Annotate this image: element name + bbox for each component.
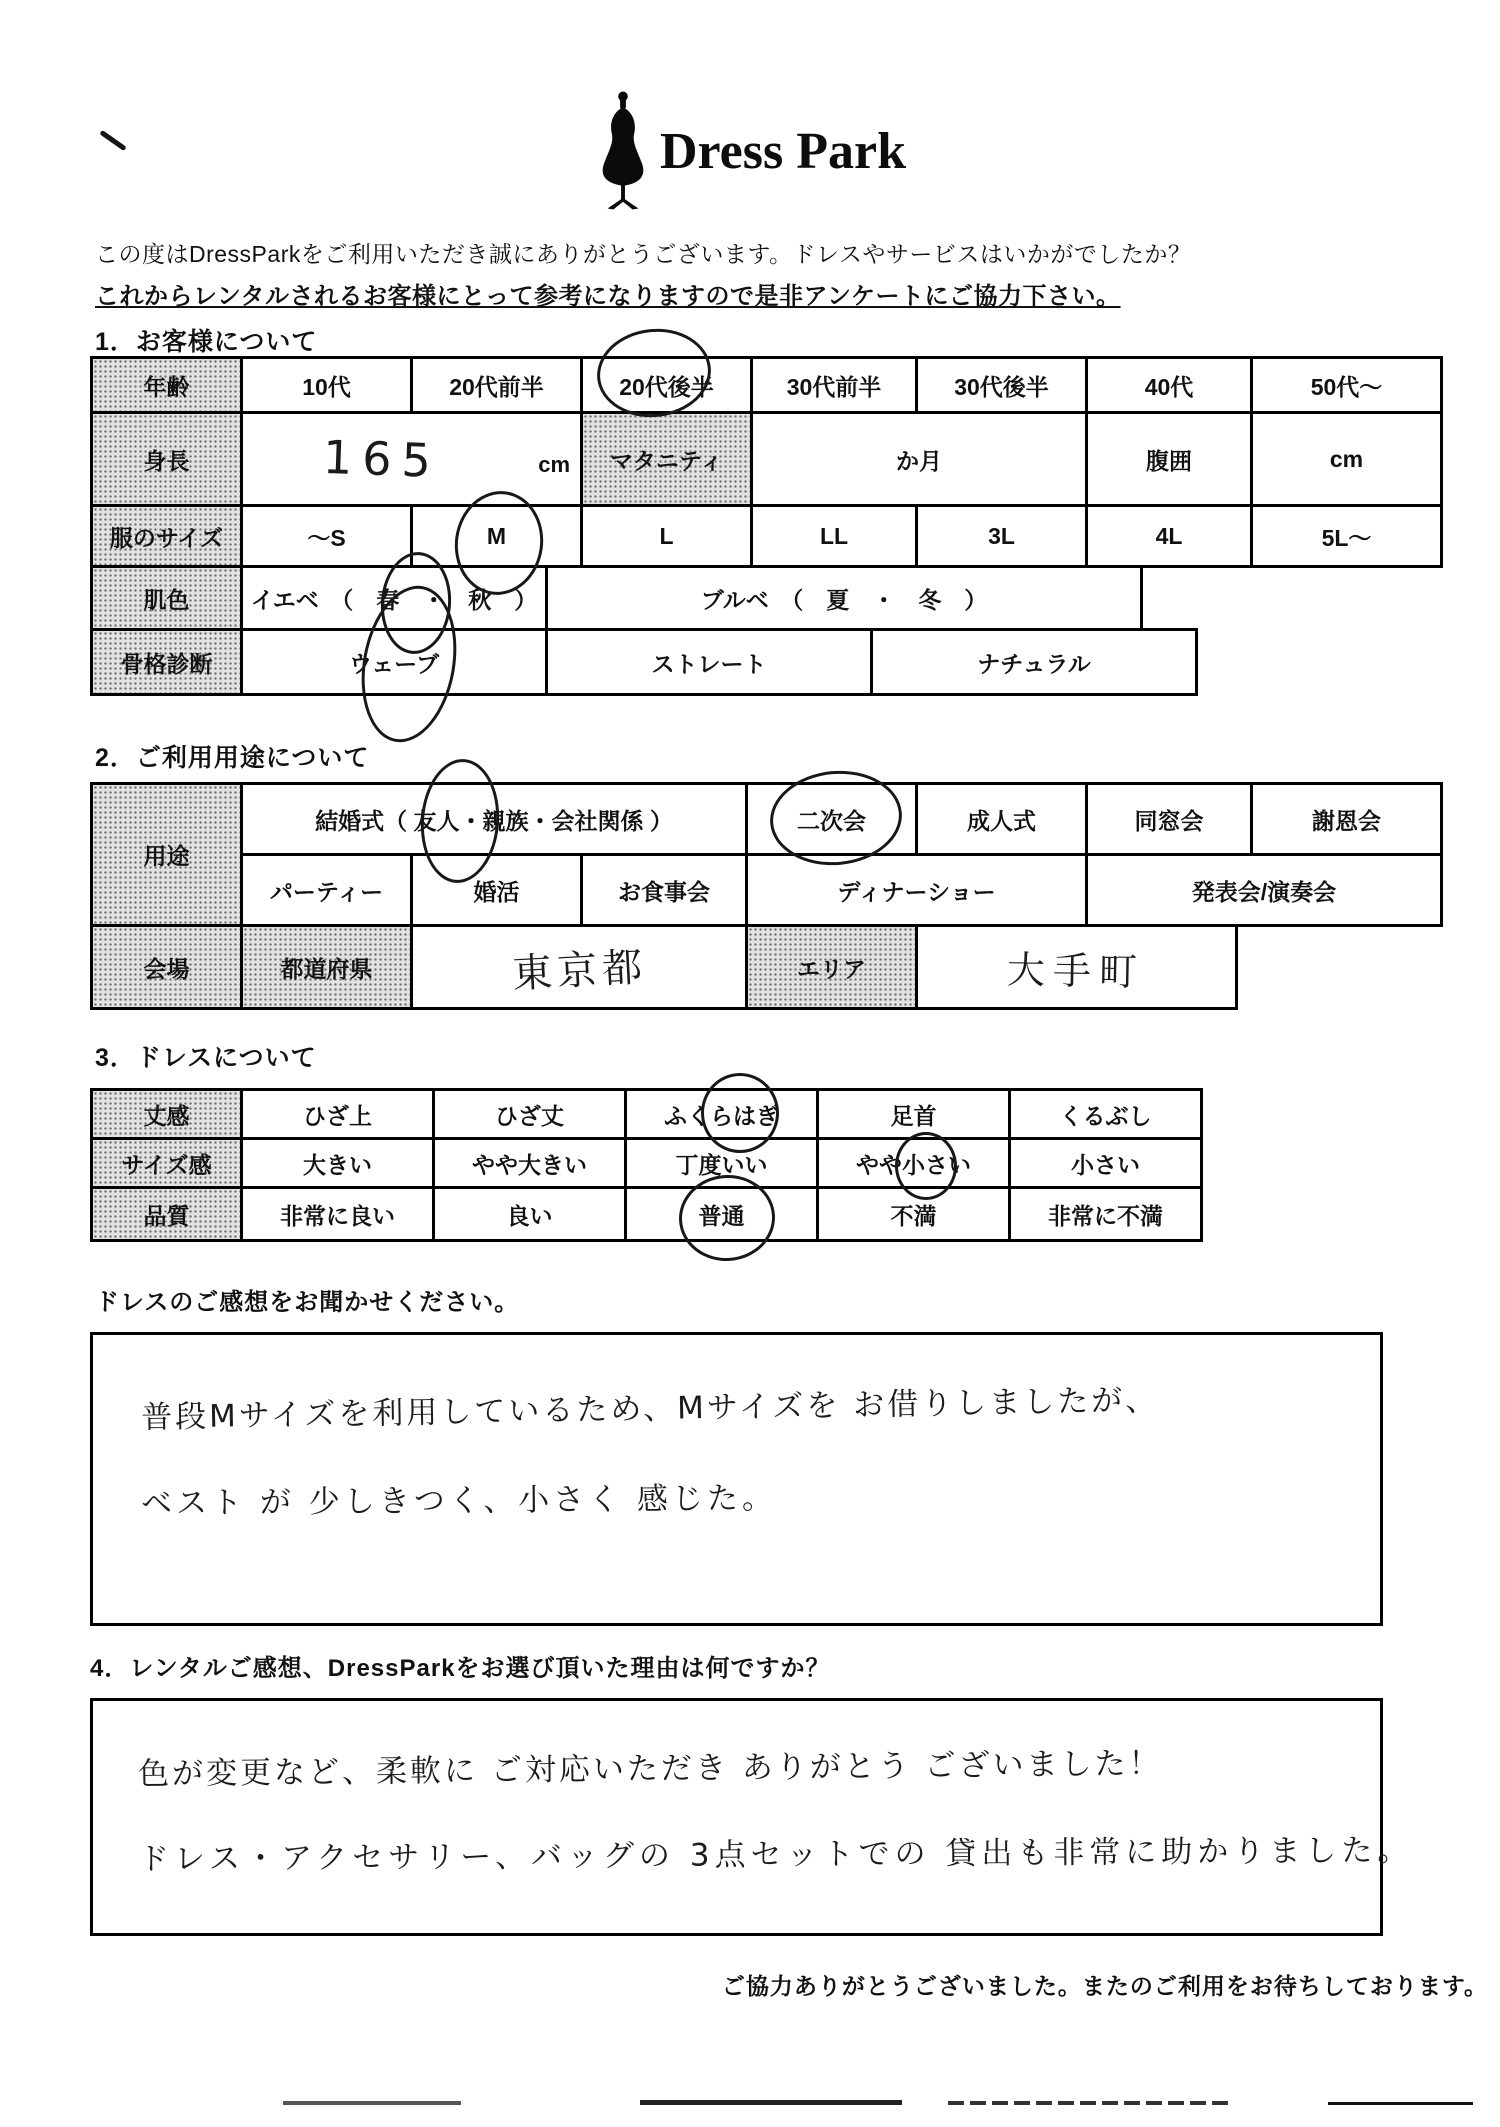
dress-table: 丈感 ひざ上 ひざ丈 ふくらはぎ 足首 くるぶし サイズ感 大きい やや大きい … xyxy=(90,1088,1203,1242)
skin-option-yellow: イエベ （ 春 ・ 秋 ） xyxy=(240,565,548,631)
age-option-label: 30代後半 xyxy=(954,369,1049,402)
height-value-cell: 165 cm xyxy=(240,411,583,507)
age-option-label: 40代 xyxy=(1145,369,1194,402)
purpose-option-label: パーティー xyxy=(270,874,383,907)
purpose-option-label: 結婚式（ 友人・親族・会社関係 ） xyxy=(315,803,673,836)
purpose-option-label: ディナーショー xyxy=(837,874,995,907)
feedback1-box: 普段Mサイズを利用しているため、Mサイズを お借りしましたが、 ベスト が 少し… xyxy=(90,1332,1383,1626)
skeleton-option-natural: ナチュラル xyxy=(870,628,1198,696)
feedback1-handwritten-line1: 普段Mサイズを利用しているため、Mサイズを お借りしましたが、 xyxy=(141,1374,1160,1437)
fit-option-label: やや小さい xyxy=(856,1147,971,1180)
fit-option-label: 小さい xyxy=(1071,1147,1140,1180)
fit-option-small: 小さい xyxy=(1008,1137,1203,1189)
purpose-option-label: 成人式 xyxy=(967,803,1036,836)
size-option-ll: LL xyxy=(750,504,918,568)
size-row: 服のサイズ ～S M L LL 3L 4L 5L～ xyxy=(90,504,1443,568)
skin-option-label: ブルベ （ 夏 ・ 冬 ） xyxy=(701,582,988,615)
waist-label-cell: 腹囲 xyxy=(1085,411,1253,507)
scan-artifact xyxy=(640,2100,902,2105)
scan-artifact xyxy=(283,2101,461,2105)
age-option-label: 50代～ xyxy=(1311,369,1383,402)
length-option-label: くるぶし xyxy=(1060,1098,1152,1131)
size-option-label: M xyxy=(487,523,506,550)
quality-option-label: 非常に良い xyxy=(280,1198,395,1231)
prefecture-handwritten-value: 東京都 xyxy=(510,935,648,999)
size-option-label: ～S xyxy=(307,520,345,553)
age-option-30s-late: 30代後半 xyxy=(915,356,1088,414)
venue-label: 会場 xyxy=(144,951,190,984)
purpose-option-wedding: 結婚式（ 友人・親族・会社関係 ） xyxy=(240,782,748,856)
purpose-upper: 用途 結婚式（ 友人・親族・会社関係 ） 二次会 成人式 同窓会 謝恩会 xyxy=(90,782,1443,927)
fit-option-slightly-big: やや大きい xyxy=(432,1137,627,1189)
purpose-table: 用途 結婚式（ 友人・親族・会社関係 ） 二次会 成人式 同窓会 謝恩会 xyxy=(90,782,1443,1010)
purpose-option-afterparty: 二次会 xyxy=(745,782,918,856)
purpose-option-reunion: 同窓会 xyxy=(1085,782,1253,856)
purpose-option-party: パーティー xyxy=(240,853,413,927)
section3-heading: 3．ドレスについて xyxy=(95,1038,317,1074)
skeleton-option-label: ウェーブ xyxy=(349,646,439,679)
purpose-row-2: パーティー 婚活 お食事会 ディナーショー 発表会/演奏会 xyxy=(240,853,1443,927)
purpose-option-coming-of-age: 成人式 xyxy=(915,782,1088,856)
age-option-50s: 50代～ xyxy=(1250,356,1443,414)
age-option-label: 20代後半 xyxy=(619,369,714,402)
quality-option-label: 良い xyxy=(507,1198,553,1231)
brand-name: Dress Park xyxy=(660,122,906,181)
skeleton-option-wave: ウェーブ xyxy=(240,628,548,696)
purpose-row-1: 結婚式（ 友人・親族・会社関係 ） 二次会 成人式 同窓会 謝恩会 xyxy=(240,782,1443,856)
prefecture-value-cell: 東京都 xyxy=(410,924,748,1010)
waist-unit: cm xyxy=(1330,446,1363,473)
age-option-30s-early: 30代前半 xyxy=(750,356,918,414)
skin-option-blue: ブルベ （ 夏 ・ 冬 ） xyxy=(545,565,1143,631)
purpose-option-dinner: お食事会 xyxy=(580,853,748,927)
skeleton-label-cell: 骨格診断 xyxy=(90,628,243,696)
scan-artifact xyxy=(1328,2102,1473,2105)
age-option-label: 20代前半 xyxy=(449,369,544,402)
purpose-option-label: 謝恩会 xyxy=(1312,803,1381,836)
purpose-option-label: 同窓会 xyxy=(1135,803,1204,836)
section2-heading: 2．ご利用用途について xyxy=(95,738,369,774)
length-row: 丈感 ひざ上 ひざ丈 ふくらはぎ 足首 くるぶし xyxy=(90,1088,1203,1140)
fit-label-cell: サイズ感 xyxy=(90,1137,243,1189)
customer-table: 年齢 10代 20代前半 20代後半 30代前半 30代後半 40代 50代～ … xyxy=(90,356,1443,696)
scan-artifact xyxy=(948,2101,1230,2105)
quality-label: 品質 xyxy=(144,1198,190,1231)
purpose-option-thanks-party: 謝恩会 xyxy=(1250,782,1443,856)
fit-option-label: やや大きい xyxy=(472,1147,587,1180)
area-value-cell: 大手町 xyxy=(915,924,1238,1010)
skeleton-option-label: ナチュラル xyxy=(977,646,1091,679)
purpose-option-label: 二次会 xyxy=(797,803,866,836)
scanned-survey-page: Dress Park この度はDressParkをご利用いただき誠にありがとうご… xyxy=(0,0,1500,2127)
height-row: 身長 165 cm マタニティ か月 腹囲 cm xyxy=(90,411,1443,507)
age-option-20s-late: 20代後半 xyxy=(580,356,753,414)
purpose-option-label: 婚活 xyxy=(474,874,520,907)
size-option-3l: 3L xyxy=(915,504,1088,568)
quality-row: 品質 非常に良い 良い 普通 不満 非常に不満 xyxy=(90,1186,1203,1242)
fit-option-just-right: 丁度いい xyxy=(624,1137,819,1189)
footer-thanks: ご協力ありがとうございました。またのご利用をお待ちしております。 xyxy=(722,1968,1488,2001)
size-option-label: LL xyxy=(820,523,848,550)
size-option-4l: 4L xyxy=(1085,504,1253,568)
feedback2-box: 色が変更など、柔軟に ご対応いただき ありがとう ございました！ ドレス・アクセ… xyxy=(90,1698,1383,1936)
size-option-label: 4L xyxy=(1156,523,1183,550)
length-label-cell: 丈感 xyxy=(90,1088,243,1140)
area-handwritten-value: 大手町 xyxy=(1007,938,1146,995)
length-option-above-knee: ひざ上 xyxy=(240,1088,435,1140)
size-option-l: L xyxy=(580,504,753,568)
size-label-cell: 服のサイズ xyxy=(90,504,243,568)
area-label: エリア xyxy=(797,951,866,984)
quality-option-very-good: 非常に良い xyxy=(240,1186,435,1242)
section4-heading: 4．レンタルご感想、DressParkをお選び頂いた理由は何ですか？ xyxy=(90,1648,831,1683)
height-label: 身長 xyxy=(144,443,190,476)
skin-row: 肌色 イエベ （ 春 ・ 秋 ） ブルベ （ 夏 ・ 冬 ） xyxy=(90,565,1443,631)
age-label: 年齢 xyxy=(144,369,190,402)
feedback2-handwritten-line1: 色が変更など、柔軟に ご対応いただき ありがとう ございました！ xyxy=(138,1738,1163,1794)
length-option-label: ひざ丈 xyxy=(495,1098,564,1131)
age-option-40s: 40代 xyxy=(1085,356,1253,414)
skin-option-label: イエベ （ 春 ・ 秋 ） xyxy=(251,582,538,615)
length-option-anklebone: くるぶし xyxy=(1008,1088,1203,1140)
size-option-label: L xyxy=(659,523,673,550)
skeleton-option-label: ストレート xyxy=(652,646,767,679)
purpose-label-cell: 用途 xyxy=(90,782,243,927)
section1-heading: 1．お客様について xyxy=(95,322,317,358)
length-option-label: ひざ上 xyxy=(303,1098,372,1131)
skeleton-row: 骨格診断 ウェーブ ストレート ナチュラル xyxy=(90,628,1443,696)
fit-option-big: 大きい xyxy=(240,1137,435,1189)
size-option-label: 5L～ xyxy=(1322,520,1372,553)
age-option-label: 30代前半 xyxy=(787,369,882,402)
fit-option-slightly-small: やや小さい xyxy=(816,1137,1011,1189)
maternity-months-cell: か月 xyxy=(750,411,1088,507)
height-unit: cm xyxy=(538,452,570,478)
feedback1-handwritten-line2: ベスト が 少しきつく、小さく 感じた。 xyxy=(141,1472,777,1523)
dress-form-icon xyxy=(594,90,652,212)
quality-option-very-unsatisfied: 非常に不満 xyxy=(1008,1186,1203,1242)
quality-option-label: 非常に不満 xyxy=(1048,1198,1163,1231)
quality-option-label: 普通 xyxy=(699,1198,745,1231)
purpose-options: 結婚式（ 友人・親族・会社関係 ） 二次会 成人式 同窓会 謝恩会 パーティー … xyxy=(240,782,1443,927)
logo: Dress Park xyxy=(0,90,1500,212)
purpose-option-label: お食事会 xyxy=(618,874,710,907)
purpose-option-label: 発表会/演奏会 xyxy=(1192,874,1336,907)
age-label-cell: 年齢 xyxy=(90,356,243,414)
skin-label-cell: 肌色 xyxy=(90,565,243,631)
quality-option-normal: 普通 xyxy=(624,1186,819,1242)
quality-option-label: 不満 xyxy=(891,1198,937,1231)
length-label: 丈感 xyxy=(144,1098,190,1131)
size-option-5l: 5L～ xyxy=(1250,504,1443,568)
purpose-label: 用途 xyxy=(144,838,190,871)
waist-label: 腹囲 xyxy=(1146,443,1192,476)
fit-row: サイズ感 大きい やや大きい 丁度いい やや小さい 小さい xyxy=(90,1137,1203,1189)
quality-label-cell: 品質 xyxy=(90,1186,243,1242)
age-option-20s-early: 20代前半 xyxy=(410,356,583,414)
fit-label: サイズ感 xyxy=(121,1147,211,1180)
feedback1-prompt: ドレスのご感想をお聞かせください。 xyxy=(95,1282,519,1317)
purpose-option-recital: 発表会/演奏会 xyxy=(1085,853,1443,927)
size-option-s: ～S xyxy=(240,504,413,568)
prefecture-label-cell: 都道府県 xyxy=(240,924,413,1010)
skeleton-label: 骨格診断 xyxy=(121,646,213,679)
fit-option-label: 丁度いい xyxy=(676,1147,768,1180)
length-option-label: 足首 xyxy=(891,1098,937,1131)
venue-label-cell: 会場 xyxy=(90,924,243,1010)
height-label-cell: 身長 xyxy=(90,411,243,507)
skin-label: 肌色 xyxy=(144,582,190,615)
months-label: か月 xyxy=(896,443,942,476)
intro-line-1: この度はDressParkをご利用いただき誠にありがとうございます。ドレスやサー… xyxy=(95,236,1191,269)
skeleton-option-straight: ストレート xyxy=(545,628,873,696)
maternity-cell: マタニティ xyxy=(580,411,753,507)
feedback2-handwritten-line2: ドレス・アクセサリー、バッグの 3点セットでの 貸出も非常に助かりました。 xyxy=(138,1825,1414,1879)
length-option-label: ふくらはぎ xyxy=(664,1098,779,1131)
size-option-label: 3L xyxy=(988,523,1015,550)
quality-option-unsatisfied: 不満 xyxy=(816,1186,1011,1242)
intro-line-2: これからレンタルされるお客様にとって参考になりますので是非アンケートにご協力下さ… xyxy=(95,276,1121,311)
venue-row: 会場 都道府県 東京都 エリア 大手町 xyxy=(90,924,1443,1010)
quality-option-good: 良い xyxy=(432,1186,627,1242)
area-label-cell: エリア xyxy=(745,924,918,1010)
length-option-calf: ふくらはぎ xyxy=(624,1088,819,1140)
height-handwritten-value: 165 xyxy=(322,430,442,488)
purpose-option-konkatsu: 婚活 xyxy=(410,853,583,927)
prefecture-label: 都道府県 xyxy=(281,951,373,984)
size-label: 服のサイズ xyxy=(110,520,223,553)
purpose-option-dinner-show: ディナーショー xyxy=(745,853,1088,927)
maternity-label: マタニティ xyxy=(610,443,723,476)
size-option-m: M xyxy=(410,504,583,568)
age-option-10s: 10代 xyxy=(240,356,413,414)
waist-unit-cell: cm xyxy=(1250,411,1443,507)
age-option-label: 10代 xyxy=(302,369,351,402)
length-option-ankle: 足首 xyxy=(816,1088,1011,1140)
length-option-knee: ひざ丈 xyxy=(432,1088,627,1140)
fit-option-label: 大きい xyxy=(303,1147,372,1180)
age-row: 年齢 10代 20代前半 20代後半 30代前半 30代後半 40代 50代～ xyxy=(90,356,1443,414)
